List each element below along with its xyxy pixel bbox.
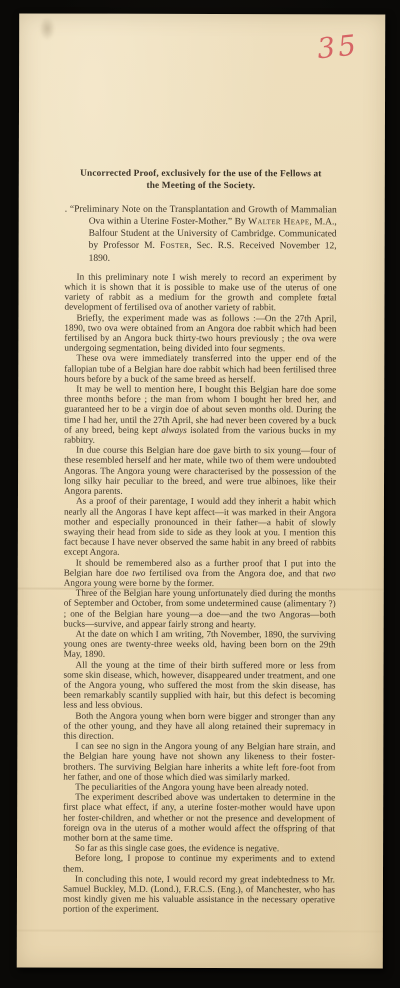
- text-run: Briefly, the experiment made was as foll…: [64, 312, 336, 353]
- italic-text: two: [322, 568, 335, 578]
- italic-text: two: [132, 568, 145, 578]
- text-run: The experiment described above was under…: [63, 792, 335, 843]
- text-run: Angora young were borne by the former.: [64, 578, 214, 588]
- small-caps-text: Walter Heape: [248, 217, 309, 227]
- text-run: The peculiarities of the Angora young ha…: [75, 782, 308, 793]
- proof-notice-line1: Uncorrected Proof, exclusively for the u…: [65, 168, 337, 181]
- paragraph: The experiment described above was under…: [63, 792, 335, 844]
- paragraph: Three of the Belgian hare young unfortun…: [64, 588, 336, 630]
- paragraph: It may be well to mention here, I bought…: [64, 384, 336, 446]
- text-run: In due course this Belgian hare doe gave…: [64, 445, 336, 496]
- paragraph: So far as this single case goes, the evi…: [63, 843, 335, 854]
- fold-crease: [17, 930, 383, 933]
- paragraph: Briefly, the experiment made was as foll…: [64, 312, 336, 354]
- paragraph: In this preliminary note I wish merely t…: [64, 271, 336, 313]
- paragraph: Before long, I propose to continue my ex…: [63, 853, 335, 874]
- paper-sheet: 35 Uncorrected Proof, exclusively for th…: [17, 14, 385, 969]
- photo-background: 35 Uncorrected Proof, exclusively for th…: [0, 0, 400, 988]
- italic-text: always: [161, 425, 187, 435]
- text-run: All the young at the time of their birth…: [63, 659, 335, 710]
- text-run: These ova were immediately transferred i…: [64, 353, 336, 384]
- text-run: I can see no sign in the Angora young of…: [63, 741, 335, 782]
- text-run: Three of the Belgian hare young unfortun…: [64, 588, 336, 629]
- document-content: Uncorrected Proof, exclusively for the u…: [17, 14, 385, 916]
- paragraph: Both the Angora young when born were big…: [63, 710, 335, 741]
- paragraph: At the date on which I am writing, 7th N…: [64, 629, 336, 660]
- paragraph: In due course this Belgian hare doe gave…: [64, 445, 336, 497]
- paragraph: All the young at the time of their birth…: [63, 659, 335, 711]
- small-caps-text: Foster: [160, 241, 189, 251]
- text-run: At the date on which I am writing, 7th N…: [64, 629, 336, 659]
- text-run: fertilised ova from the Angora doe, and …: [145, 568, 322, 578]
- text-run: So far as this single case goes, the evi…: [75, 843, 279, 854]
- text-run: Both the Angora young when born were big…: [63, 710, 335, 741]
- text-run: In this preliminary note I wish merely t…: [64, 272, 336, 313]
- paragraph: The peculiarities of the Angora young ha…: [63, 782, 335, 793]
- paragraph: I can see no sign in the Angora young of…: [63, 741, 335, 783]
- paragraph: In concluding this note, I would record …: [63, 873, 335, 915]
- text-run: In concluding this note, I would record …: [63, 873, 335, 914]
- paragraph: It should be remembered also as a furthe…: [64, 557, 336, 588]
- paragraph: These ova were immediately transferred i…: [64, 353, 336, 384]
- document-body: In this preliminary note I wish merely t…: [63, 271, 337, 915]
- text-run: Before long, I propose to continue my ex…: [63, 853, 335, 873]
- proof-notice: Uncorrected Proof, exclusively for the u…: [65, 168, 337, 194]
- text-run: As a proof of their parentage, I would a…: [64, 496, 336, 557]
- title-block: . “Preliminary Note on the Transplantati…: [65, 203, 337, 265]
- paragraph: As a proof of their parentage, I would a…: [64, 496, 336, 558]
- proof-notice-line2: the Meeting of the Society.: [65, 180, 337, 193]
